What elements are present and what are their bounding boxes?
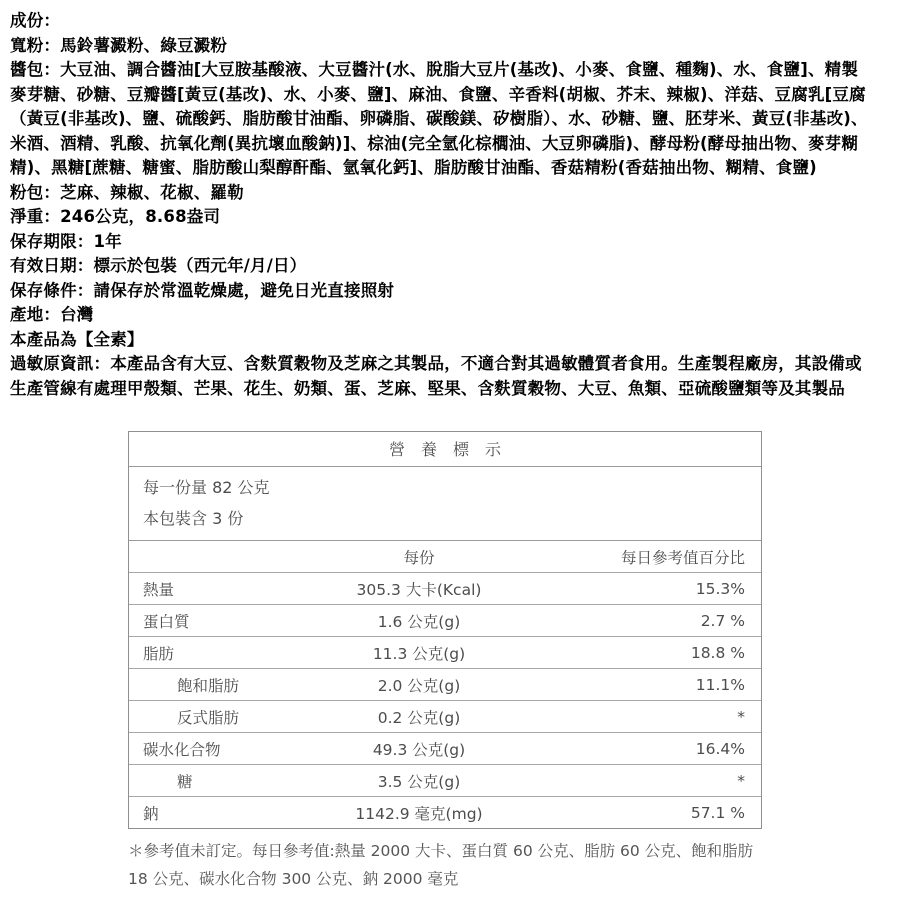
table-row-trans-fat: 反式脂肪 0.2 公克(g) * xyxy=(129,700,761,732)
nutrition-facts-table: 營養標示 每一份量 82 公克 本包裝含 3 份 每份 每日參考值百分比 熱量 … xyxy=(128,431,762,829)
nutrient-name: 反式脂肪 xyxy=(143,706,293,728)
nutrient-daily-value: * xyxy=(545,708,745,726)
nutrient-name: 蛋白質 xyxy=(143,610,293,632)
per-serving-column-header: 每份 xyxy=(293,546,545,568)
nutrient-value: 0.2 公克(g) xyxy=(293,706,545,728)
ingredients-heading: 成份： xyxy=(10,9,872,34)
nutrient-name: 鈉 xyxy=(143,802,293,824)
sauce-packet-line: 醬包：大豆油、調合醬油[大豆胺基酸液、大豆醬汁(水、脫脂大豆片(基改)、小麥、食… xyxy=(10,58,872,181)
table-row-saturated-fat: 飽和脂肪 2.0 公克(g) 11.1% xyxy=(129,668,761,700)
nutrient-daily-value: * xyxy=(545,772,745,790)
net-weight-line: 淨重：246公克，8.68盎司 xyxy=(10,205,872,230)
nutrient-value: 49.3 公克(g) xyxy=(293,738,545,760)
product-info-block: 成份： 寬粉：馬鈴薯澱粉、綠豆澱粉 醬包：大豆油、調合醬油[大豆胺基酸液、大豆醬… xyxy=(0,0,882,401)
nutrient-value: 1142.9 毫克(mg) xyxy=(293,802,545,824)
table-row-sugar: 糖 3.5 公克(g) * xyxy=(129,764,761,796)
table-row-carbohydrate: 碳水化合物 49.3 公克(g) 16.4% xyxy=(129,732,761,764)
nutrient-daily-value: 57.1 % xyxy=(545,804,745,822)
nutrient-name: 熱量 xyxy=(143,578,293,600)
nutrient-daily-value: 11.1% xyxy=(545,676,745,694)
nutrient-value: 2.0 公克(g) xyxy=(293,674,545,696)
shelf-life-line: 保存期限：1年 xyxy=(10,230,872,255)
table-row-sodium: 鈉 1142.9 毫克(mg) 57.1 % xyxy=(129,796,761,828)
wide-noodle-line: 寬粉：馬鈴薯澱粉、綠豆澱粉 xyxy=(10,34,872,59)
nutrient-value: 11.3 公克(g) xyxy=(293,642,545,664)
nutrient-daily-value: 16.4% xyxy=(545,740,745,758)
storage-condition-line: 保存條件：請保存於常溫乾燥處，避免日光直接照射 xyxy=(10,279,872,304)
vegan-line: 本產品為【全素】 xyxy=(10,328,872,353)
nutrient-name: 糖 xyxy=(143,770,293,792)
table-row-protein: 蛋白質 1.6 公克(g) 2.7 % xyxy=(129,604,761,636)
nutrient-daily-value: 2.7 % xyxy=(545,612,745,630)
allergen-info-line: 過敏原資訊：本產品含有大豆、含麩質穀物及芝麻之其製品，不適合對其過敏體質者食用。… xyxy=(10,352,872,401)
nutrient-daily-value: 15.3% xyxy=(545,580,745,598)
nutrition-facts-section: 營養標示 每一份量 82 公克 本包裝含 3 份 每份 每日參考值百分比 熱量 … xyxy=(128,431,762,893)
nutrient-value: 3.5 公克(g) xyxy=(293,770,545,792)
table-row-fat: 脂肪 11.3 公克(g) 18.8 % xyxy=(129,636,761,668)
daily-value-footnote: ＊參考值未訂定。每日參考值:熱量 2000 大卡、蛋白質 60 公克、脂肪 60… xyxy=(128,837,768,893)
nutrient-value: 305.3 大卡(Kcal) xyxy=(293,578,545,600)
nutrient-name: 碳水化合物 xyxy=(143,738,293,760)
expiry-date-line: 有效日期：標示於包裝（西元年/月/日） xyxy=(10,254,872,279)
nutrient-value: 1.6 公克(g) xyxy=(293,610,545,632)
nutrition-table-title: 營養標示 xyxy=(129,432,761,467)
nutrient-name: 飽和脂肪 xyxy=(143,674,293,696)
powder-packet-line: 粉包：芝麻、辣椒、花椒、羅勒 xyxy=(10,181,872,206)
serving-size-line: 每一份量 82 公克 xyxy=(143,472,761,503)
origin-line: 產地：台灣 xyxy=(10,303,872,328)
serving-info-block: 每一份量 82 公克 本包裝含 3 份 xyxy=(129,467,761,541)
column-header-row: 每份 每日參考值百分比 xyxy=(129,541,761,572)
nutrient-daily-value: 18.8 % xyxy=(545,644,745,662)
nutrient-name: 脂肪 xyxy=(143,642,293,664)
table-row-calories: 熱量 305.3 大卡(Kcal) 15.3% xyxy=(129,572,761,604)
servings-per-pack-line: 本包裝含 3 份 xyxy=(143,503,761,534)
product-label-page: 成份： 寬粉：馬鈴薯澱粉、綠豆澱粉 醬包：大豆油、調合醬油[大豆胺基酸液、大豆醬… xyxy=(0,0,900,900)
daily-value-column-header: 每日參考值百分比 xyxy=(545,546,745,568)
